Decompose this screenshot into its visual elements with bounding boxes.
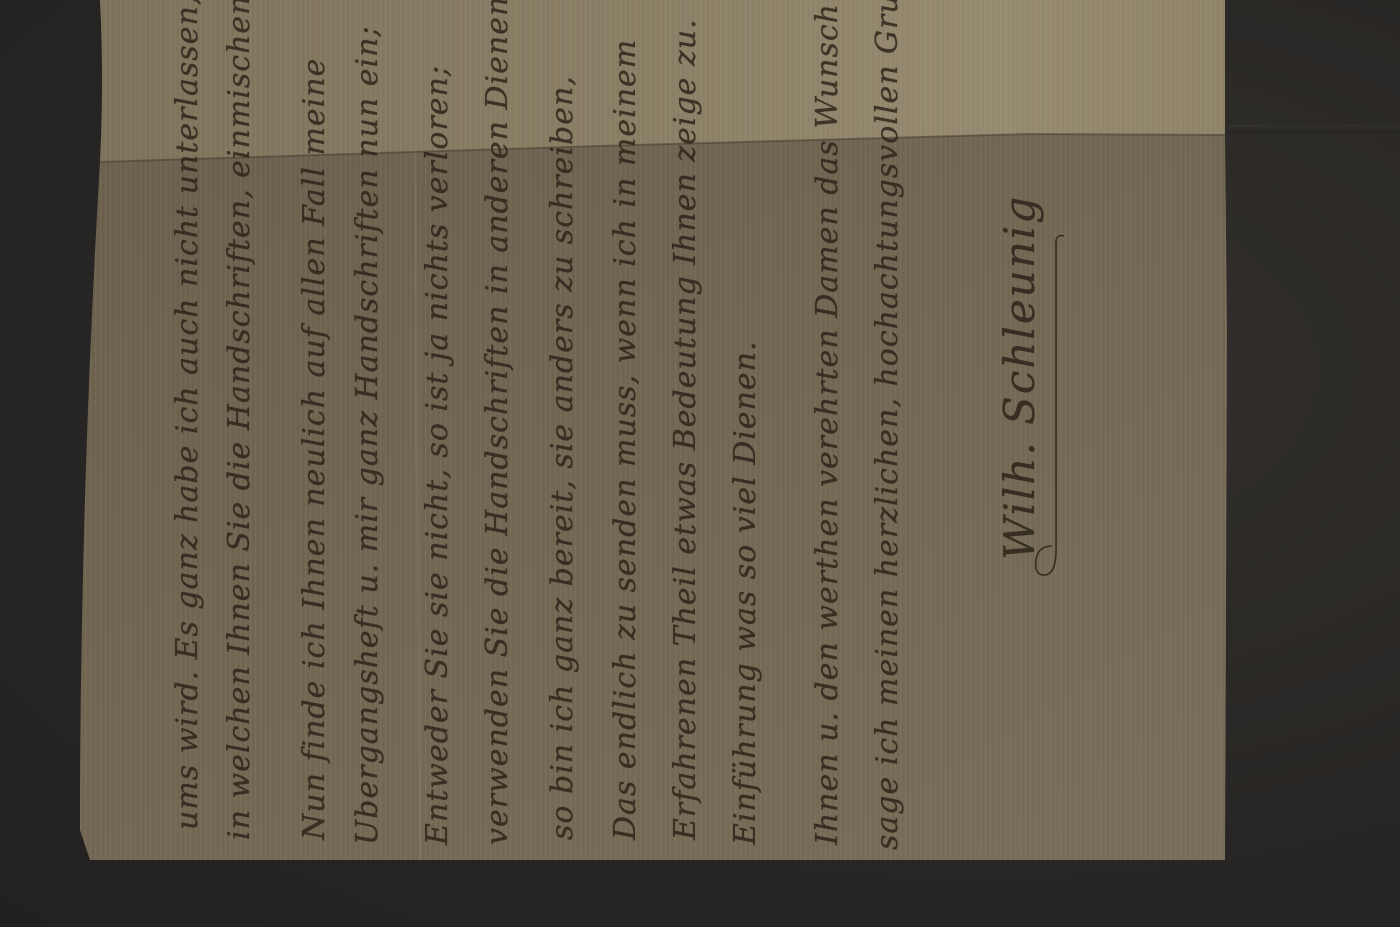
letter-line-8: Das endlich zu senden muss, wenn ich in …	[608, 39, 643, 840]
letter-line-1: ums wird. Es ganz habe ich auch nicht un…	[170, 0, 205, 830]
signature-flourish	[1030, 230, 1070, 590]
letter-line-5: Entweder Sie sie nicht, so ist ja nichts…	[420, 65, 455, 845]
letter-line-4: Ubergangsheft u. mir ganz Handschriften …	[350, 25, 385, 845]
letter-line-9: Erfahrenen Theil etwas Bedeutung Ihnen z…	[668, 18, 703, 840]
letter-line-7: so bin ich ganz bereit, sie anders zu sc…	[545, 75, 580, 840]
letter-line-2: in welchen Ihnen Sie die Handschriften, …	[222, 0, 257, 840]
letter-line-10: Einführung was so viel Dienen.	[728, 340, 763, 845]
letter-line-11: Ihnen u. den werthen verehrten Damen das…	[810, 3, 845, 845]
letter-line-3: Nun finde ich Ihnen neulich auf allen Fa…	[297, 58, 332, 840]
letter-line-12: sage ich meinen herzlichen, hochachtungs…	[870, 0, 905, 850]
letter-line-6: verwenden Sie die Handschriften in ander…	[480, 0, 515, 845]
